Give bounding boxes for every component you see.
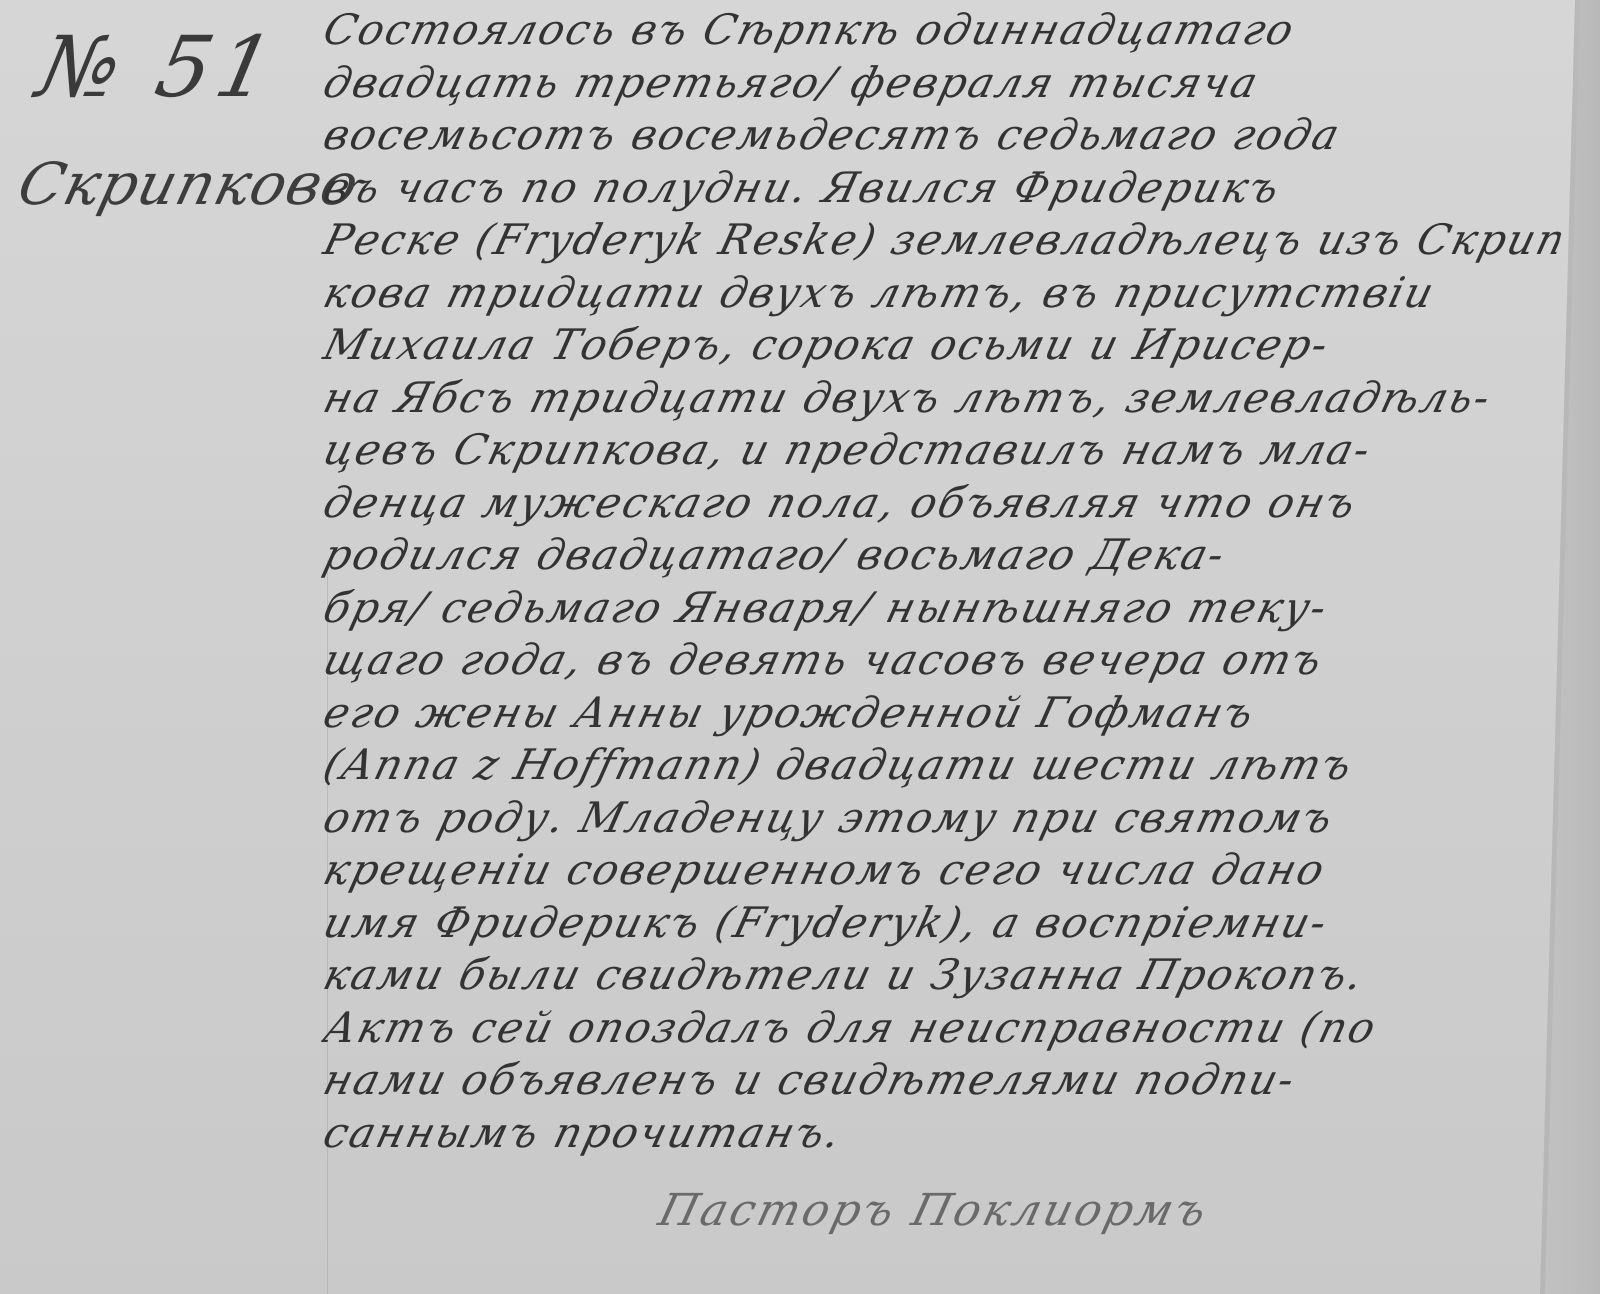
record-line: бря/ седьмаго Января/ нынѣшняго теку- xyxy=(318,582,1566,635)
record-line: отъ роду. Младенцу этому при святомъ xyxy=(318,792,1566,845)
record-line: его жены Анны урожденной Гофманъ xyxy=(318,687,1566,740)
record-line: имя Фридерикъ (Fryderyk), а воспріемни- xyxy=(318,897,1566,950)
record-line: восемьсотъ восемьдесятъ седьмаго года xyxy=(318,109,1566,162)
record-line: двадцать третьяго/ февраля тысяча xyxy=(318,57,1566,110)
record-line: Михаила Тоберъ, сорока осьми и Ирисер- xyxy=(318,319,1566,372)
record-line: родился двадцатаго/ восьмаго Дека- xyxy=(318,529,1566,582)
place-name: Скрипково xyxy=(12,150,367,218)
record-body: Состоялось въ Сѣрпкѣ одиннадцатаго двадц… xyxy=(318,4,1553,1159)
record-line: щаго года, въ девять часовъ вечера отъ xyxy=(318,634,1566,687)
record-line: Реске (Fryderyk Reske) землевладѣлецъ из… xyxy=(318,214,1566,267)
record-line: Актъ сей опоздалъ для неисправности (по xyxy=(318,1002,1566,1055)
record-line: денца мужескаго пола, объявляя что онъ xyxy=(318,477,1566,530)
document-page: № 51 Скрипково Состоялось въ Сѣрпкѣ один… xyxy=(0,0,1600,1294)
record-line: нами объявленъ и свидѣтелями подпи- xyxy=(318,1054,1566,1107)
record-line: ками были свидѣтели и Зузанна Прокопъ. xyxy=(318,949,1566,1002)
record-line: Состоялось въ Сѣрпкѣ одиннадцатаго xyxy=(318,4,1566,57)
record-line: (Anna z Hoffmann) двадцати шести лѣтъ xyxy=(318,739,1566,792)
record-line: кова тридцати двухъ лѣтъ, въ присутствіи xyxy=(318,267,1566,320)
record-line: на Ябсъ тридцати двухъ лѣтъ, землевладѣл… xyxy=(318,372,1566,425)
record-line: крещеніи совершенномъ сего числа дано xyxy=(318,844,1566,897)
entry-number: № 51 xyxy=(30,18,288,116)
record-line: цевъ Скрипкова, и представилъ намъ мла- xyxy=(318,424,1566,477)
record-line: саннымъ прочитанъ. xyxy=(318,1107,1566,1160)
pastor-signature: Пасторъ Поклиормъ xyxy=(654,1185,1215,1236)
record-line: въ часъ по полудни. Явился Фридерикъ xyxy=(318,162,1566,215)
